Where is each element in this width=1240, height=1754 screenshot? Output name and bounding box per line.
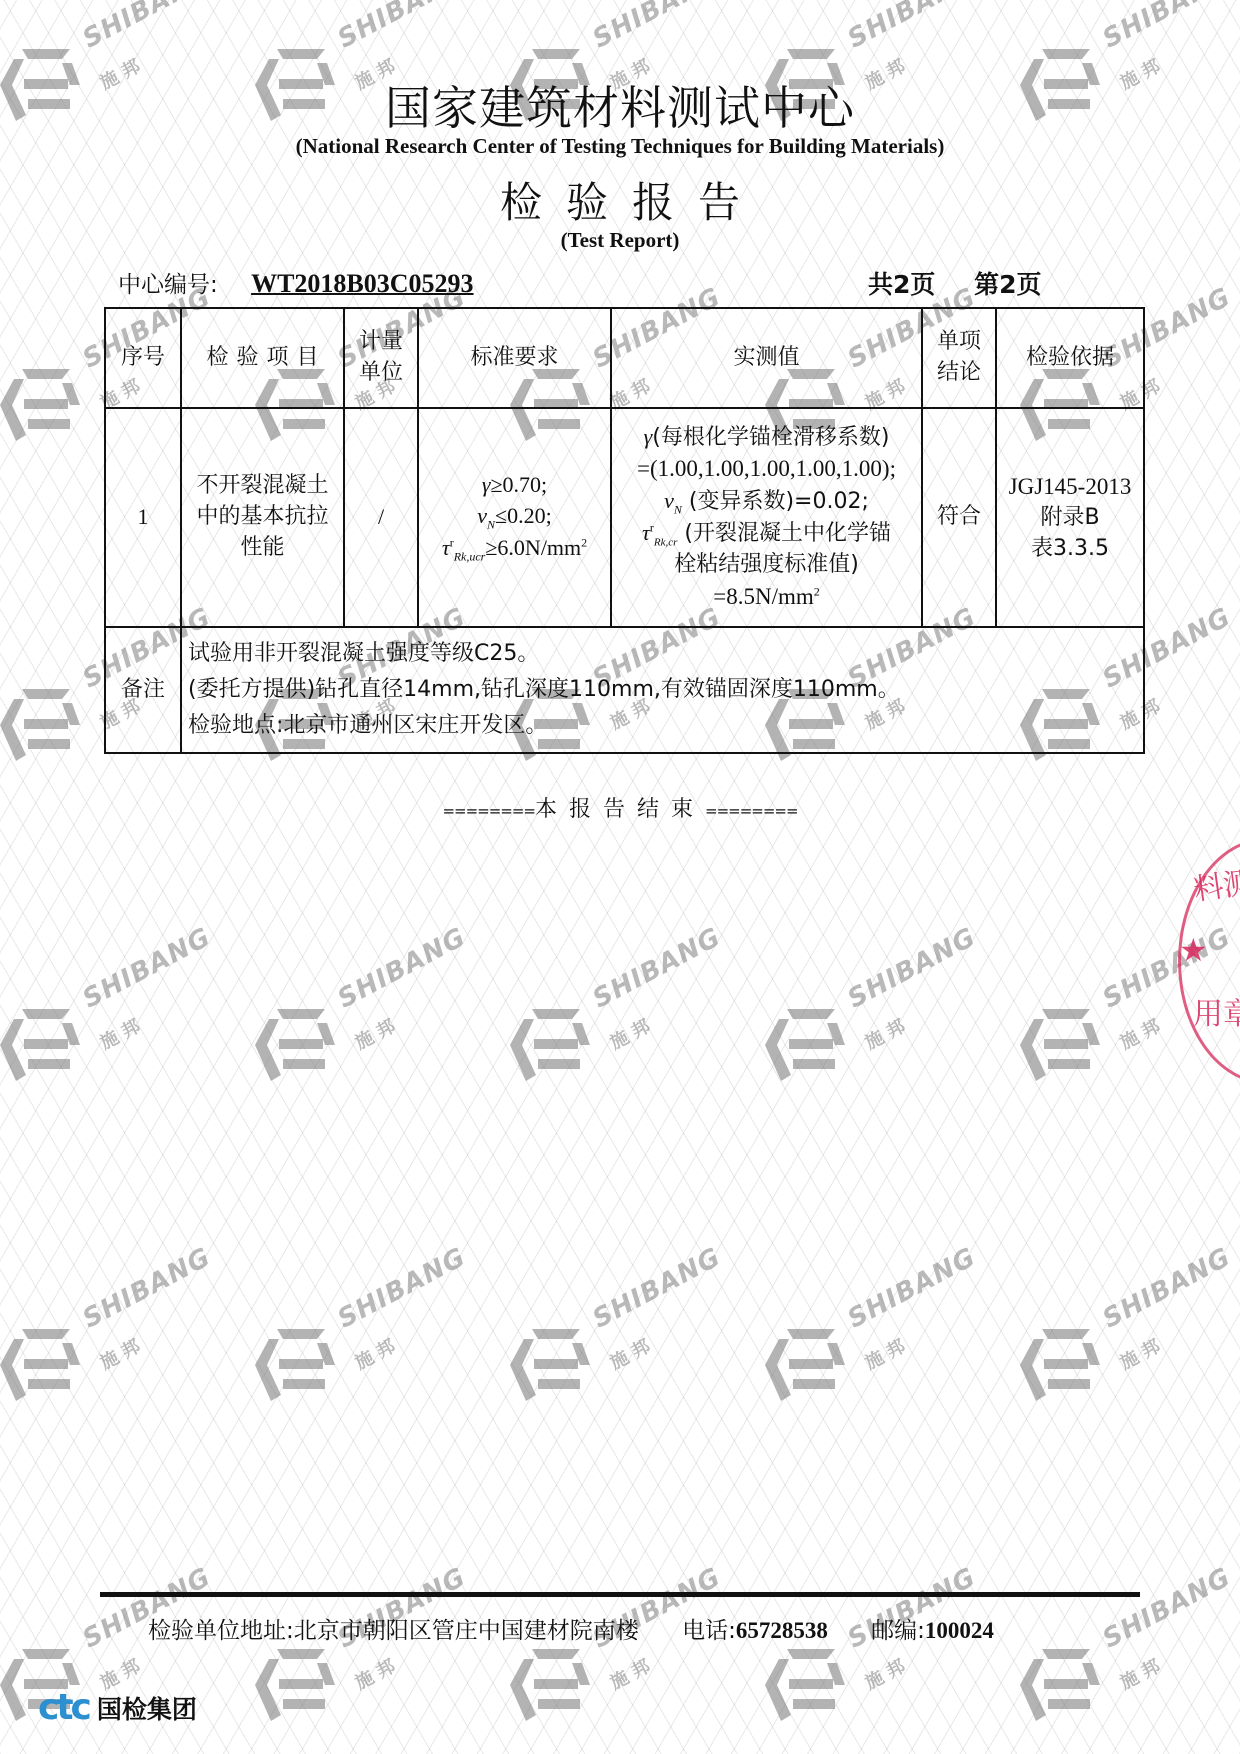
phone-value: 65728538 bbox=[736, 1618, 828, 1643]
institution-title-cn: 国家建筑材料测试中心 bbox=[0, 72, 1240, 138]
total-pages: 共2页 bbox=[868, 270, 935, 299]
ctc-group-logo: ctc 国检集团 bbox=[38, 1690, 197, 1726]
center-number: 中心编号: WT2018B03C05293 bbox=[118, 266, 474, 299]
remark-line: 试验用非开裂混凝土强度等级C25。 bbox=[188, 636, 1143, 672]
ctc-group-name: 国检集团 bbox=[97, 1690, 197, 1726]
table-row: 1 不开裂混凝土 中的基本抗拉 性能 / γ≥0.70; νN≤0.20; τr… bbox=[105, 408, 1144, 627]
remarks-text: 试验用非开裂混凝土强度等级C25。 (委托方提供)钻孔直径14mm,钻孔深度11… bbox=[181, 627, 1144, 753]
header-item: 检验项目 bbox=[181, 308, 344, 408]
header-conclusion: 单项 结论 bbox=[922, 308, 996, 408]
address-value: 北京市朝阳区管庄中国建材院南楼 bbox=[294, 1618, 639, 1644]
current-page: 第2页 bbox=[974, 270, 1041, 299]
test-result-table: 序号 检验项目 计量 单位 标准要求 实测值 单项 结论 检验依据 1 不开裂混… bbox=[104, 307, 1145, 754]
report-page: 国家建筑材料测试中心 (National Research Center of … bbox=[0, 0, 1240, 1754]
remark-line: 检验地点:北京市通州区宋庄开发区。 bbox=[188, 708, 1143, 744]
phone-label: 电话: bbox=[682, 1618, 736, 1644]
page-indicator: 共2页 第2页 bbox=[868, 265, 1042, 301]
header-unit: 计量 单位 bbox=[344, 308, 418, 408]
report-title-en: (Test Report) bbox=[0, 228, 1240, 253]
cell-conclusion: 符合 bbox=[922, 408, 996, 627]
footer-contact: 检验单位地址:北京市朝阳区管庄中国建材院南楼 电话:65728538 邮编:10… bbox=[148, 1612, 994, 1645]
official-red-stamp: 料测 ★ 用章 bbox=[1178, 838, 1240, 1084]
institution-title-en: (National Research Center of Testing Tec… bbox=[0, 134, 1240, 159]
stamp-star-icon: ★ bbox=[1179, 931, 1208, 969]
address-label: 检验单位地址: bbox=[148, 1618, 294, 1644]
cell-unit: / bbox=[344, 408, 418, 627]
table-header-row: 序号 检验项目 计量 单位 标准要求 实测值 单项 结论 检验依据 bbox=[105, 308, 1144, 408]
report-title-cn: 检验报告 bbox=[0, 170, 1240, 230]
zip-label: 邮编: bbox=[871, 1618, 925, 1644]
cell-item: 不开裂混凝土 中的基本抗拉 性能 bbox=[181, 408, 344, 627]
cell-requirement: γ≥0.70; νN≤0.20; τrRk,ucr≥6.0N/mm2 bbox=[418, 408, 611, 627]
header-measured: 实测值 bbox=[611, 308, 922, 408]
cell-seq: 1 bbox=[105, 408, 181, 627]
footer-divider bbox=[100, 1592, 1140, 1597]
center-number-label: 中心编号: bbox=[118, 272, 218, 298]
remark-line: (委托方提供)钻孔直径14mm,钻孔深度110mm,有效锚固深度110mm。 bbox=[188, 672, 1143, 708]
header-basis: 检验依据 bbox=[996, 308, 1144, 408]
end-of-report-marker: ========本报告结束======== bbox=[0, 792, 1240, 823]
zip-value: 100024 bbox=[925, 1618, 994, 1643]
remarks-row: 备注 试验用非开裂混凝土强度等级C25。 (委托方提供)钻孔直径14mm,钻孔深… bbox=[105, 627, 1144, 753]
cell-basis: JGJ145-2013 附录B 表3.3.5 bbox=[996, 408, 1144, 627]
ctc-logo-icon: ctc bbox=[38, 1690, 89, 1726]
remarks-label: 备注 bbox=[105, 627, 181, 753]
header-seq: 序号 bbox=[105, 308, 181, 408]
center-number-value: WT2018B03C05293 bbox=[251, 269, 473, 298]
cell-measured: γ(每根化学锚栓滑移系数) =(1.00,1.00,1.00,1.00,1.00… bbox=[611, 408, 922, 627]
header-requirement: 标准要求 bbox=[418, 308, 611, 408]
